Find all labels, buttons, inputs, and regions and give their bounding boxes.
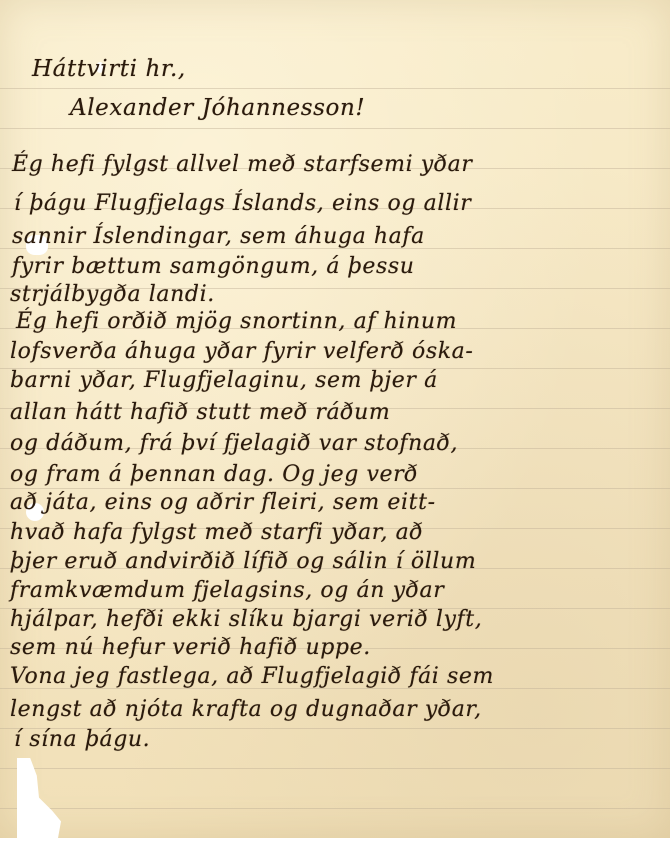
body-line: hvað hafa fylgst með starfi yðar, að [10, 520, 423, 545]
body-line: fyrir bættum samgöngum, á þessu [12, 254, 415, 279]
body-line: í sína þágu. [14, 727, 150, 752]
ruled-line [0, 128, 670, 129]
body-line: Vona jeg fastlega, að Flugfjelagið fái s… [10, 664, 494, 689]
body-line: sem nú hefur verið hafið uppe. [10, 635, 371, 660]
body-line: að játa, eins og aðrir fleiri, sem eitt- [10, 490, 436, 515]
body-line: og fram á þennan dag. Og jeg verð [10, 462, 418, 487]
body-line: og dáðum, frá því fjelagið var stofnað, [10, 431, 458, 456]
body-line: barni yðar, Flugfjelaginu, sem þjer á [10, 368, 438, 393]
ruled-line [0, 808, 670, 809]
body-line: í þágu Flugfjelags Íslands, eins og alli… [14, 191, 471, 216]
body-line: Ég hefi orðið mjög snortinn, af hinum [16, 309, 457, 334]
body-line: sannir Íslendingar, sem áhuga hafa [12, 224, 425, 249]
body-line: allan hátt hafið stutt með ráðum [10, 400, 390, 425]
body-line: lengst að njóta krafta og dugnaðar yðar, [10, 697, 482, 722]
body-line: framkvæmdum fjelagsins, og án yðar [10, 578, 444, 603]
body-line: þjer eruð andvirðið lífið og sálin í öll… [10, 549, 476, 574]
salutation-line-1: Háttvirti hr., [32, 56, 186, 82]
salutation-line-2: Alexander Jóhannesson! [70, 95, 365, 121]
body-line: Ég hefi fylgst allvel með starfsemi yðar [12, 152, 473, 177]
torn-corner [17, 758, 61, 838]
ruled-line [0, 768, 670, 769]
letter-page: Háttvirti hr., Alexander Jóhannesson! Ég… [0, 0, 670, 838]
ruled-line [0, 88, 670, 89]
ruled-line [0, 488, 670, 489]
body-line: hjálpar, hefði ekki slíku bjargi verið l… [10, 607, 482, 632]
body-line: lofsverða áhuga yðar fyrir velferð óska- [10, 339, 473, 364]
body-line: strjálbygða landi. [10, 282, 215, 307]
